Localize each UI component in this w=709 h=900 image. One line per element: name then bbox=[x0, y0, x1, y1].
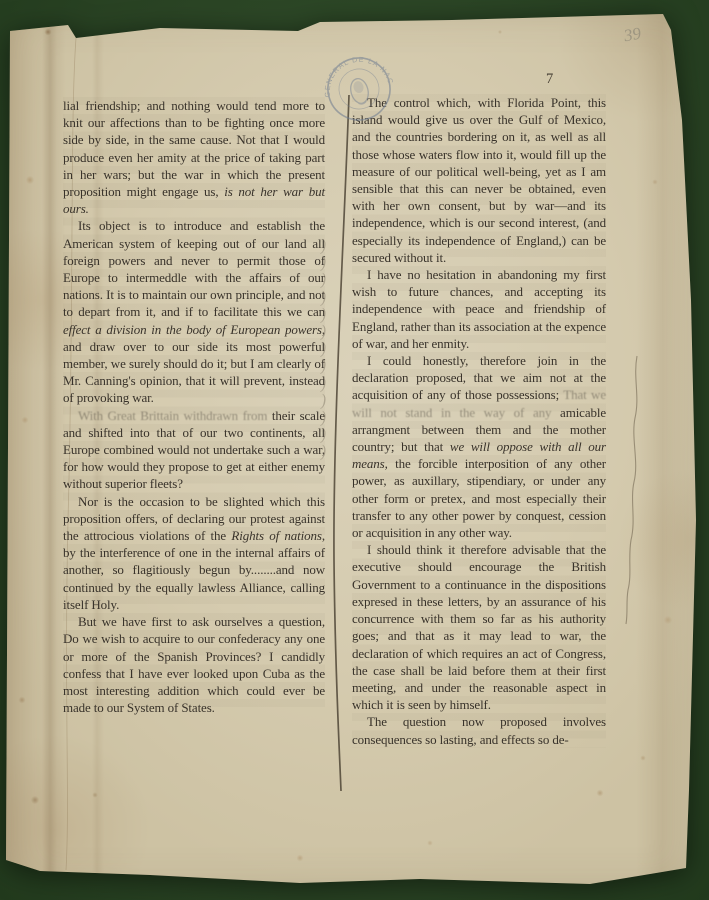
body-text: I have no hesitation in abandoning my fi… bbox=[352, 267, 606, 351]
pencil-brace-marks: ))))))))))))) bbox=[321, 238, 339, 461]
pencil-brace: ) bbox=[321, 392, 339, 411]
pencil-brace: ) bbox=[321, 357, 339, 376]
paragraph: lial friendship; and nothing would tend … bbox=[63, 97, 325, 217]
italic-text: Rights of nations bbox=[231, 528, 321, 543]
italic-text: effect a division in the body of Europea… bbox=[63, 322, 322, 337]
torn-fragment bbox=[0, 0, 34, 26]
body-text: I should think it therefore advisable th… bbox=[352, 542, 606, 712]
handwritten-page-note: 39 bbox=[622, 24, 642, 47]
pencil-brace: ) bbox=[321, 443, 339, 462]
faded-text: With Great Brittain withdrawn from bbox=[78, 408, 267, 423]
paragraph: Its object is to introduce and establish… bbox=[63, 217, 325, 406]
paragraph: Nor is the occasion to be slighted which… bbox=[63, 493, 325, 613]
paragraph: I could honestly, therefore join in the … bbox=[352, 352, 606, 541]
body-text: Its object is to introduce and establish… bbox=[63, 218, 325, 319]
body-text: But we have first to ask ourselves a que… bbox=[63, 614, 325, 715]
paragraph: The question now proposed involves conse… bbox=[352, 713, 606, 747]
body-text: The question now proposed involves conse… bbox=[352, 714, 606, 746]
page-number: 7 bbox=[546, 71, 554, 88]
pencil-brace: ) bbox=[321, 272, 339, 291]
paragraph: With Great Brittain withdrawn from their… bbox=[63, 407, 325, 493]
right-column: The control which, with Florida Point, t… bbox=[352, 94, 606, 748]
body-text: the forcible interposition of any other … bbox=[352, 456, 606, 540]
paragraph: But we have first to ask ourselves a que… bbox=[63, 613, 325, 716]
paragraph: I should think it therefore advisable th… bbox=[352, 541, 606, 713]
pencil-brace: ) bbox=[321, 375, 339, 394]
paragraph: I have no hesitation in abandoning my fi… bbox=[352, 266, 606, 352]
paper-wrap: lial friendship; and nothing would tend … bbox=[0, 0, 709, 900]
stamp-crest-fill bbox=[352, 80, 365, 94]
scanned-page: lial friendship; and nothing would tend … bbox=[0, 0, 709, 900]
pencil-brace: ) bbox=[321, 306, 339, 325]
left-column: lial friendship; and nothing would tend … bbox=[63, 97, 325, 716]
page-paper: lial friendship; and nothing would tend … bbox=[0, 0, 709, 900]
paper-crack bbox=[626, 356, 637, 624]
pencil-brace: ) bbox=[321, 323, 339, 342]
pencil-brace: ) bbox=[321, 409, 339, 428]
pencil-brace: ) bbox=[321, 289, 339, 308]
